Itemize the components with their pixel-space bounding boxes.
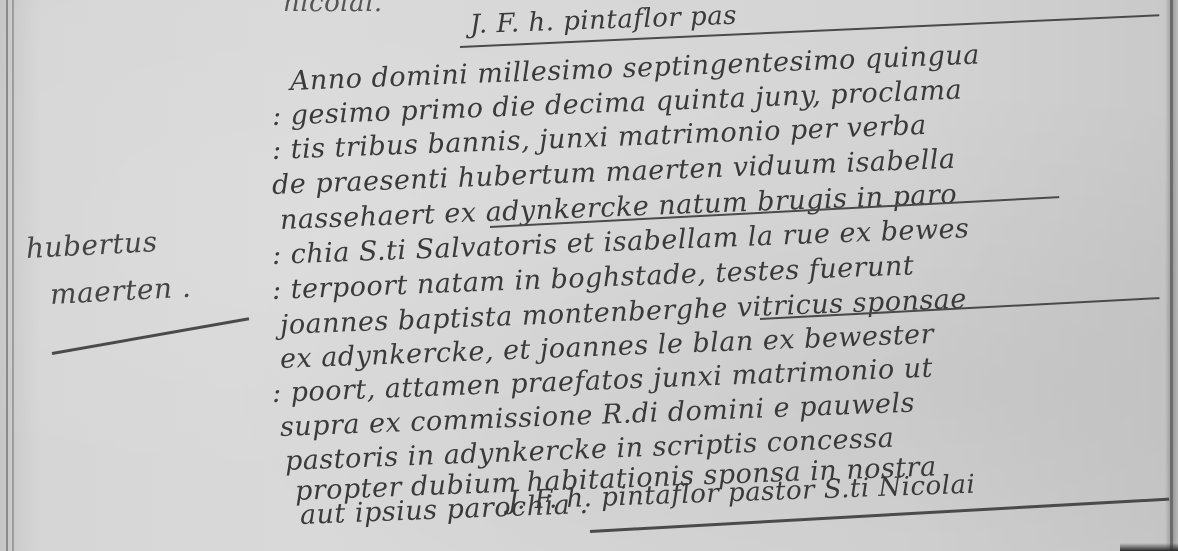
- manuscript-page: nicolai. J. F. h. pintaflor pas hubertus…: [0, 0, 1178, 551]
- margin-underline: [52, 317, 249, 355]
- page-edge: [1170, 0, 1173, 551]
- binding-line: [12, 0, 14, 551]
- binding-line: [6, 0, 8, 551]
- previous-entry-fragment: nicolai.: [283, 0, 383, 18]
- margin-name-first: hubertus: [25, 225, 158, 265]
- previous-entry-signature: J. F. h. pintaflor pas: [469, 1, 737, 40]
- page-shadow: [1120, 543, 1178, 551]
- margin-name-last: maerten .: [49, 271, 192, 311]
